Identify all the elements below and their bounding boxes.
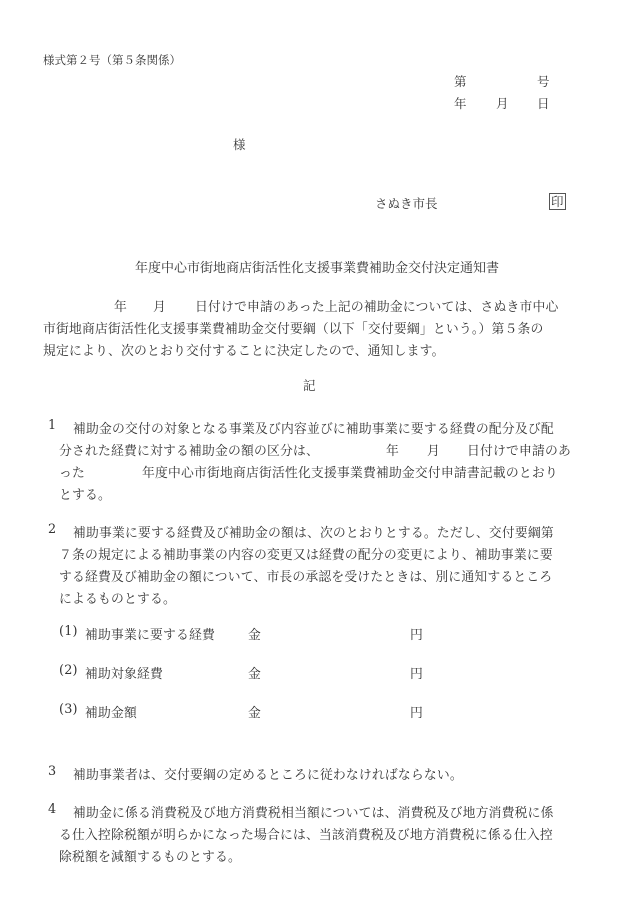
amount-kin: 金 <box>248 702 261 721</box>
number-prefix: 第 <box>454 72 467 90</box>
date-day: 日 <box>537 94 550 112</box>
item-number: 4 <box>48 802 56 817</box>
amount-num: (3) <box>59 702 78 717</box>
amount-yen: 円 <box>410 624 423 643</box>
ki-heading: 記 <box>303 376 316 394</box>
intro-line2: 市街地商店街活性化支援事業費補助金交付要綱（以下「交付要綱」という。）第５条の <box>43 318 543 337</box>
amount-label: 補助金額 <box>85 702 137 721</box>
amount-kin: 金 <box>248 624 261 643</box>
item3-line1: 補助事業者は、交付要綱の定めるところに従わなければならない。 <box>73 764 463 783</box>
item2-line3: する経費及び補助金の額について、市長の承認を受けたときは、別に通知するところ <box>59 566 552 585</box>
item1-line3a: った <box>59 462 85 481</box>
intro-line3: 規定により、次のとおり交付することに決定したので、通知します。 <box>43 340 445 359</box>
item1-line2b: 日付けで申請のあ <box>467 440 571 459</box>
seal-mark: 印 <box>549 193 566 210</box>
item-number: 3 <box>48 764 56 779</box>
date-month: 月 <box>496 94 509 112</box>
item4-line2: る仕入控除税額が明らかになった場合には、当該消費税及び地方消費税に係る仕入控 <box>59 824 553 843</box>
item1-line1: 補助金の交付の対象となる事業及び内容並びに補助事業に要する経費の配分及び配 <box>73 418 554 437</box>
amount-num: (2) <box>59 663 78 678</box>
addressee-suffix: 様 <box>233 135 246 153</box>
document-title: 年度中心市街地商店街活性化支援事業費補助金交付決定通知書 <box>135 257 499 276</box>
amount-num: (1) <box>59 624 78 639</box>
item2-line4: によるものとする。 <box>59 588 176 607</box>
date-year: 年 <box>454 94 467 112</box>
item-number: 2 <box>48 522 56 537</box>
item4-line1: 補助金に係る消費税及び地方消費税相当額については、消費税及び地方消費税に係 <box>73 802 554 821</box>
amount-label: 補助事業に要する経費 <box>85 624 215 643</box>
sender-name: さぬき市長 <box>375 194 438 212</box>
item2-line1: 補助事業に要する経費及び補助金の額は、次のとおりとする。ただし、交付要綱第 <box>73 522 554 541</box>
amount-yen: 円 <box>410 702 423 721</box>
amount-yen: 円 <box>410 663 423 682</box>
item1-year: 年 <box>386 440 399 459</box>
number-suffix: 号 <box>537 72 550 90</box>
item4-line3: 除税額を減額するものとする。 <box>59 846 241 865</box>
intro-line1: 日付けで申請のあった上記の補助金については、さぬき市中心 <box>195 296 559 315</box>
item1-line4: とする。 <box>59 484 111 503</box>
amount-label: 補助対象経費 <box>85 663 163 682</box>
item-number: 1 <box>48 418 56 433</box>
intro-year: 年 <box>114 296 127 315</box>
form-label: 様式第２号（第５条関係） <box>43 52 181 68</box>
item2-line2: ７条の規定による補助事業の内容の変更又は経費の配分の変更により、補助事業に要 <box>59 544 553 563</box>
item1-line3b: 年度中心市街地商店街活性化支援事業費補助金交付申請書記載のとおり <box>142 462 558 481</box>
item1-month: 月 <box>427 440 440 459</box>
intro-month: 月 <box>153 296 166 315</box>
amount-kin: 金 <box>248 663 261 682</box>
item1-line2: 分された経費に対する補助金の額の区分は、 <box>59 440 319 459</box>
